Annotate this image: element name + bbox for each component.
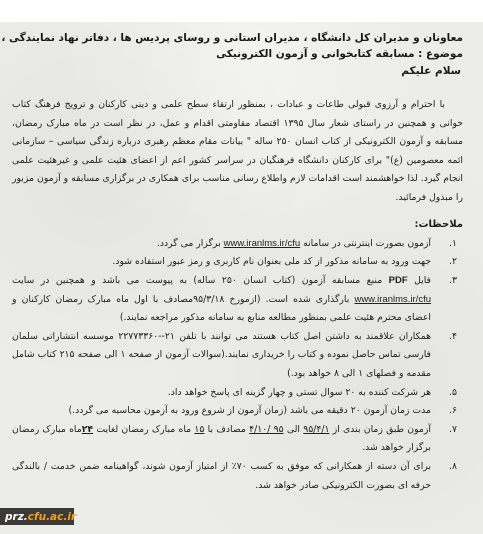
date-to: ۹۵ /۴/۱۰: [249, 424, 283, 435]
note-number: ۵.: [437, 384, 457, 403]
date-from: ۹۵/۴/۱: [303, 424, 329, 435]
letter-content: معاونان و مدیران کل دانشگاه ، مدیران است…: [12, 30, 463, 495]
note-item-6: ۶. مدت زمان آزمون ۲۰ دقیقه می باشد (زمان…: [12, 402, 463, 421]
note-text: همکاران علاقمند به داشتن اصل کتاب هستند …: [12, 331, 431, 379]
note-text: برای آن دسته از همکارانی که موفق به کسب …: [12, 461, 431, 491]
note-number: ۴.: [437, 328, 457, 347]
greeting-line: سلام علیکم: [12, 63, 463, 80]
note-text: آزمون بصورت اینترنتی در سامانه: [300, 238, 431, 249]
note-item-3: ۳. فایل PDF منبع مسابقه آزمون (کتاب انسا…: [12, 272, 463, 328]
note-text: برگزار می گردد.: [157, 238, 224, 249]
watermark-prefix: prz.: [5, 511, 28, 523]
scanned-letter-page: معاونان و مدیران کل دانشگاه ، مدیران است…: [0, 22, 483, 534]
note-number: ۷.: [437, 421, 457, 440]
notes-list: ۱. آزمون بصورت اینترنتی در سامانه www.ir…: [12, 235, 463, 495]
note-number: ۸.: [437, 458, 457, 477]
iranlms-link[interactable]: www.iranlms.ir/cfu: [224, 238, 301, 249]
day-from: ۱۵: [194, 424, 204, 435]
day-to: ۲۴: [82, 424, 93, 435]
note-text: هر شرکت کننده به ۲۰ سوال تستی و چهار گزی…: [168, 387, 431, 398]
notes-heading: ملاحظات:: [12, 217, 463, 233]
pdf-label: PDF: [389, 275, 408, 286]
body-paragraph: با احترام و آرزوی قبولی طاعات و عبادات ،…: [12, 96, 463, 208]
site-watermark: prz.cfu.ac.ir: [0, 508, 74, 525]
subject-line: موضوع : مسابقه کتابخوانی و آزمون الکترون…: [12, 46, 463, 63]
note-item-4: ۴. همکاران علاقمند به داشتن اصل کتاب هست…: [12, 328, 463, 384]
note-text: جهت ورود به سامانه مذکور از کد ملی بعنوا…: [112, 256, 431, 267]
note-number: ۶.: [437, 402, 457, 421]
watermark-domain: cfu.ac.ir: [28, 511, 76, 523]
note-item-2: ۲. جهت ورود به سامانه مذکور از کد ملی بع…: [12, 253, 463, 272]
note-item-7: ۷. آزمون طبق زمان بندی از ۹۵/۴/۱ الی ۹۵ …: [12, 421, 463, 458]
note-item-8: ۸. برای آن دسته از همکارانی که موفق به ک…: [12, 458, 463, 495]
note-text: منبع مسابقه آزمون (کتاب انسان ۲۵۰ ساله) …: [12, 275, 389, 286]
note-text: فایل: [408, 275, 431, 286]
note-number: ۲.: [437, 253, 457, 272]
note-number: ۳.: [437, 272, 457, 291]
addressee-line: معاونان و مدیران کل دانشگاه ، مدیران است…: [12, 30, 463, 46]
note-text: مصادف با: [204, 424, 249, 435]
note-text: ماه مبارک رمضان لغایت: [93, 424, 194, 435]
note-text: الی: [284, 424, 304, 435]
note-item-1: ۱. آزمون بصورت اینترنتی در سامانه www.ir…: [12, 235, 463, 254]
note-item-5: ۵. هر شرکت کننده به ۲۰ سوال تستی و چهار …: [12, 384, 463, 403]
iranlms-link[interactable]: www.iranlms.ir/cfu: [354, 294, 431, 305]
note-number: ۱.: [437, 235, 457, 254]
note-text: مدت زمان آزمون ۲۰ دقیقه می باشد (زمان آز…: [69, 405, 431, 416]
note-text: آزمون طبق زمان بندی از: [329, 424, 431, 435]
